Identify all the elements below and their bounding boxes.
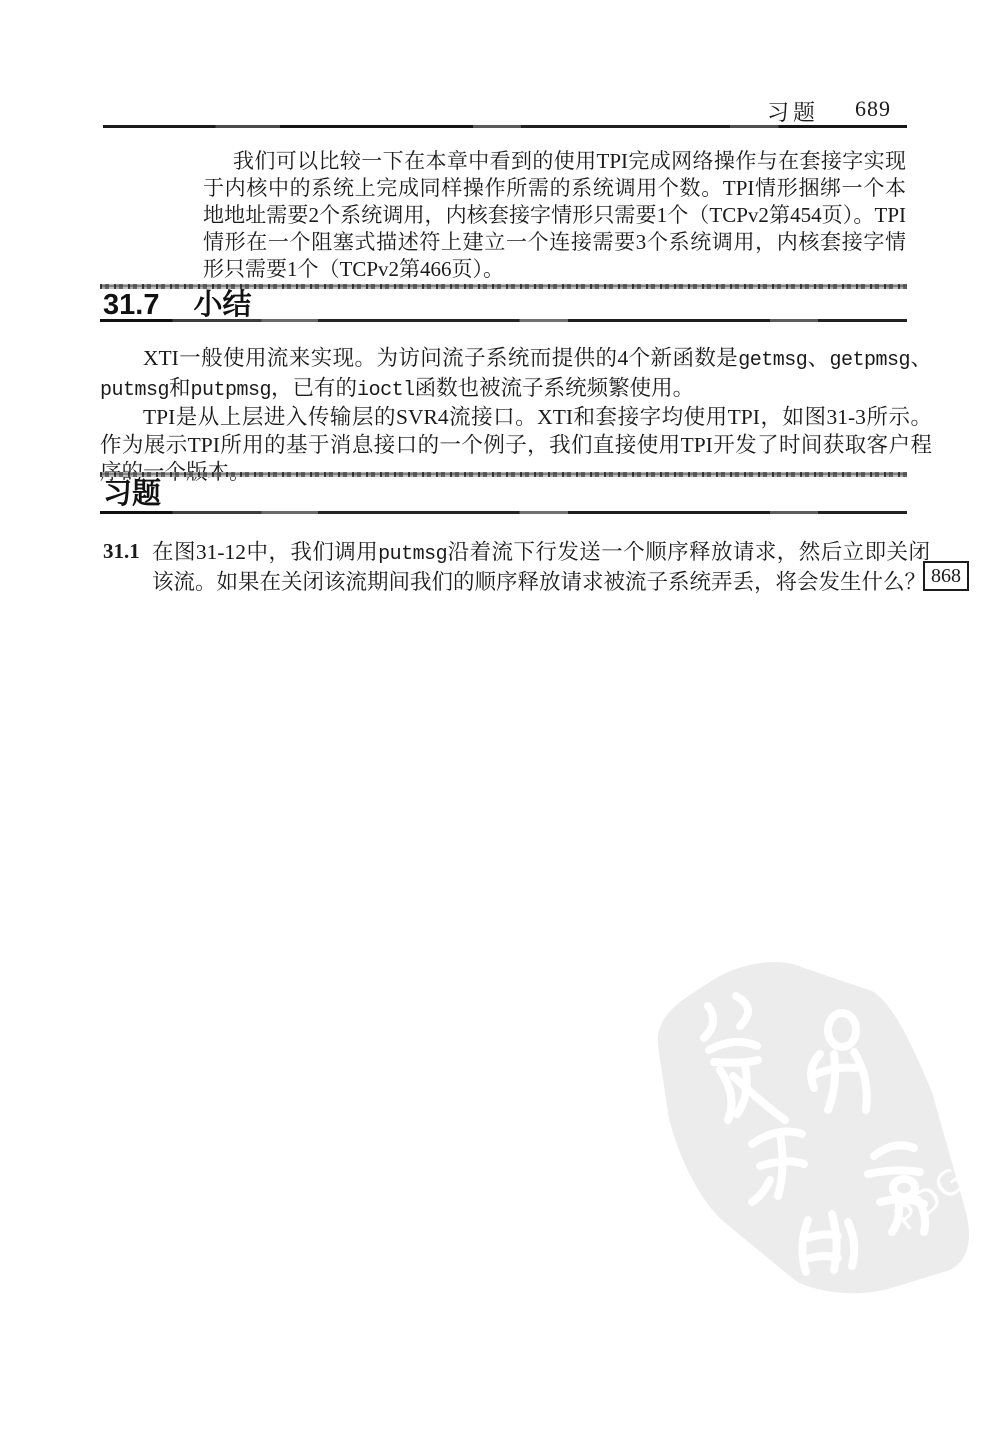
watermark-glyph-4 <box>868 1145 925 1232</box>
inline-code: putmsg <box>100 379 169 402</box>
inline-code: getmsg <box>738 349 807 372</box>
header-page-number: 689 <box>855 96 891 122</box>
text-run: 和 <box>169 376 191 400</box>
intro-paragraph: 我们可以比较一下在本章中看到的使用TPI完成网络操作与在套接字实现于内核中的系统… <box>203 148 906 283</box>
exercises-rule-top <box>100 472 907 477</box>
page-marker-box: 868 <box>923 561 969 591</box>
book-page: 习题 689 我们可以比较一下在本章中看到的使用TPI完成网络操作与在套接字实现… <box>0 0 983 1447</box>
exercises-heading: 习题 <box>103 480 161 509</box>
watermark-glyph-1 <box>704 996 785 1120</box>
inline-code: putmsg <box>378 543 447 566</box>
summary-heading-underline <box>100 319 907 322</box>
text-run: ，已有的 <box>271 376 357 400</box>
text-run: 在图31-12中，我们调用 <box>152 540 378 564</box>
header-section-label: 习题 <box>767 96 819 127</box>
inline-code: ioctl <box>357 379 415 402</box>
inline-code: getpmsg <box>830 349 911 372</box>
summary-body: XTI一般使用流来实现。为访问流子系统而提供的4个新函数是getmsg、getp… <box>100 345 932 487</box>
exercise-number: 31.1 <box>103 539 140 564</box>
watermark-glyph-3 <box>752 1132 804 1202</box>
summary-section-heading: 31.7 小结 <box>103 291 251 320</box>
watermark-glyph-2 <box>811 1013 867 1110</box>
watermark: PDG <box>612 958 983 1303</box>
exercises-title: 习题 <box>103 480 161 509</box>
text-run: 、 <box>807 346 829 370</box>
text-run: 、 <box>910 346 932 370</box>
watermark-pdg-label: PDG <box>887 1159 974 1239</box>
section-number: 31.7 <box>103 291 159 320</box>
inline-code: putpmsg <box>191 379 272 402</box>
text-run: 函数也被流子系统频繁使用。 <box>415 376 695 400</box>
summary-paragraph-1: XTI一般使用流来实现。为访问流子系统而提供的4个新函数是getmsg、getp… <box>100 345 932 404</box>
section-title: 小结 <box>193 291 251 320</box>
watermark-glyph-5 <box>802 1214 854 1272</box>
watermark-blob <box>658 962 969 1293</box>
page-marker-number: 868 <box>931 565 961 588</box>
exercises-heading-underline <box>100 511 907 514</box>
text-run: XTI一般使用流来实现。为访问流子系统而提供的4个新函数是 <box>143 346 738 370</box>
header-rule <box>103 125 907 128</box>
exercise-text: 在图31-12中，我们调用putmsg沿着流下行发送一个顺序释放请求，然后立即关… <box>152 539 930 596</box>
